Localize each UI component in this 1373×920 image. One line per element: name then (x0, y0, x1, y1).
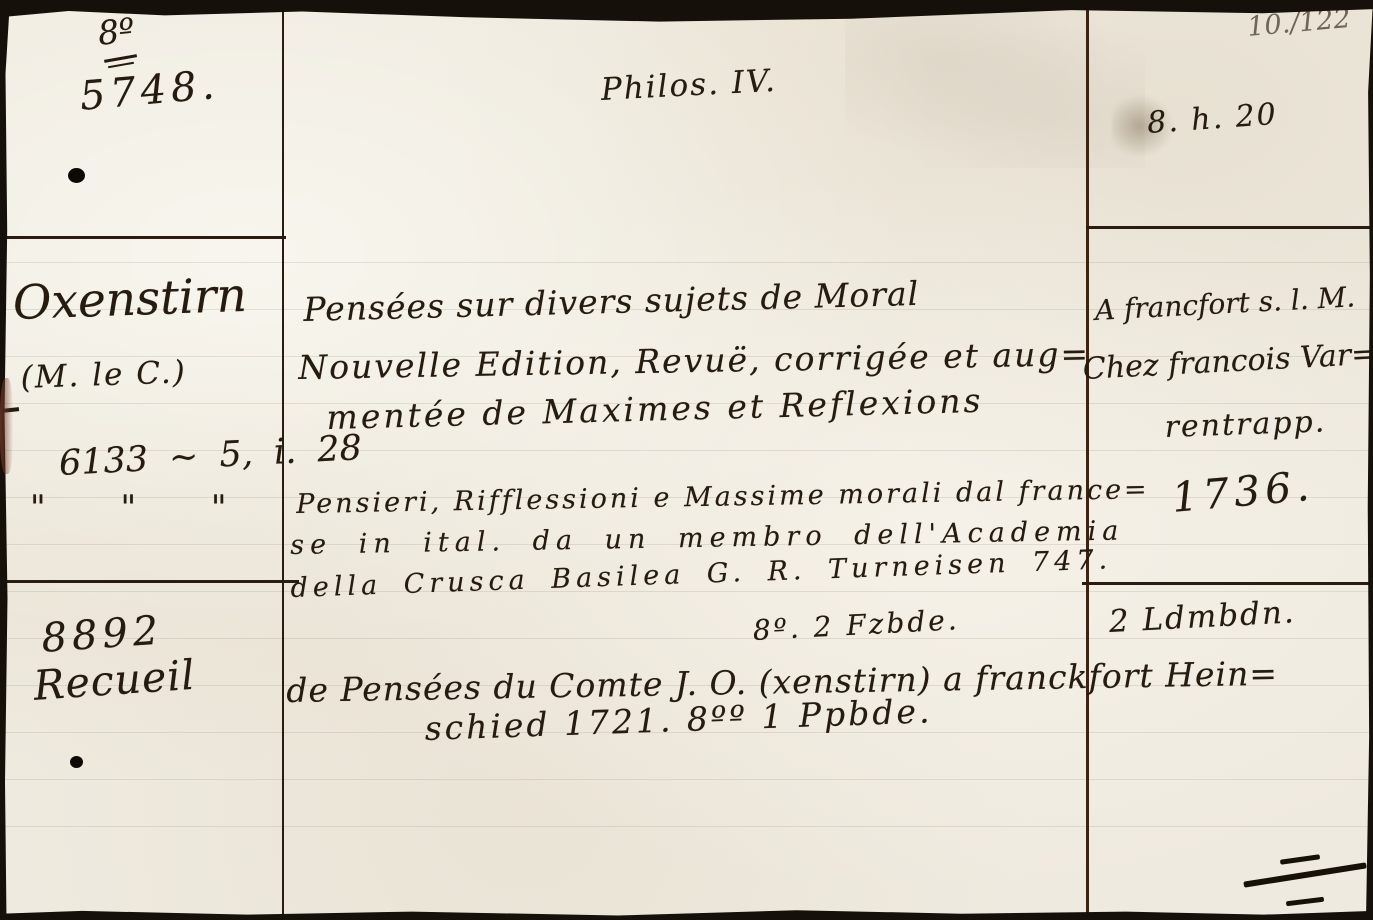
ditto-marks: " " " (30, 488, 227, 528)
horizontal-rule-right-top (1086, 226, 1373, 229)
punch-hole (70, 756, 83, 768)
pen-stroke-mark (1286, 897, 1324, 906)
horizontal-rule-left-bottom (0, 580, 299, 583)
pen-stroke-mark (1280, 854, 1320, 864)
punch-hole (68, 168, 85, 183)
horizontal-rule-left-top (0, 236, 286, 239)
author-name: Oxenstirn (12, 268, 248, 331)
author-qualifier: (M. le C.) (20, 354, 187, 396)
format-mark: 8º (96, 10, 136, 53)
edge-rust-stain (0, 378, 13, 474)
scan-edge-top (0, 0, 1373, 24)
scan-edge-bottom (0, 906, 1373, 920)
classification-heading: Philos. IV. (600, 63, 778, 108)
catalog-card: 8º 5748. Philos. IV. 10./122 8. h. 20 Ox… (0, 0, 1373, 920)
horizontal-rule-right-bottom (1082, 582, 1373, 585)
vertical-rule-right (1086, 0, 1089, 918)
ink-bleedthrough-smudge (845, 8, 1145, 168)
pen-stroke-mark (1243, 862, 1366, 887)
imprint-publisher-continued: rentrapp. (1164, 404, 1327, 445)
format-mark-underline (108, 62, 134, 68)
catalog-number: 5748. (78, 62, 221, 120)
